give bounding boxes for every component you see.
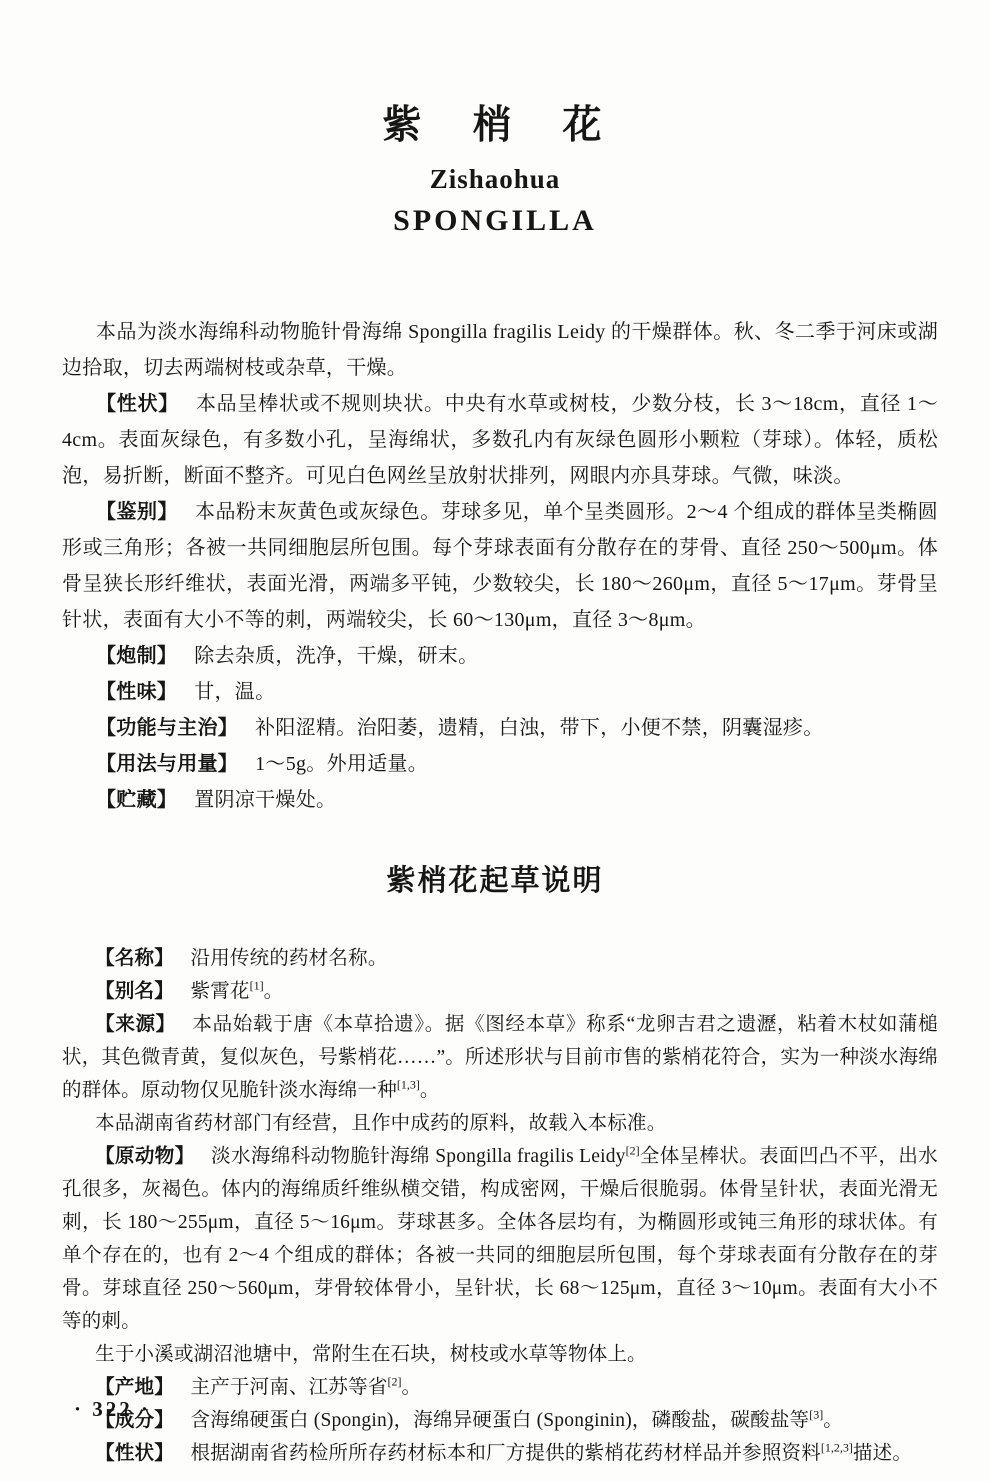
- section-label: 【别名】: [95, 981, 174, 1002]
- reference-superscript: [2]: [388, 1375, 402, 1389]
- draft-notes-body: 【名称】沿用传统的药材名称。【别名】紫霄花[1]。【来源】本品始载于唐《本草拾遗…: [0, 942, 990, 1470]
- paragraph: 本品为淡水海绵科动物脆针骨海绵 Spongilla fragilis Leidy…: [62, 314, 938, 386]
- labeled-paragraph: 【别名】紫霄花[1]。: [62, 975, 938, 1008]
- section-label: 【产地】: [95, 1377, 174, 1398]
- document-page: 紫 梢 花 Zishaohua SPONGILLA 本品为淡水海绵科动物脆针骨海…: [0, 0, 990, 1482]
- section-label: 【鉴别】: [96, 501, 178, 523]
- labeled-paragraph: 【产地】主产于河南、江苏等省[2]。: [62, 1371, 938, 1404]
- reference-superscript: [1]: [250, 979, 264, 993]
- section-label: 【来源】: [95, 1014, 176, 1035]
- labeled-paragraph: 【鉴别】本品粉末灰黄色或灰绿色。芽球多见，单个呈类圆形。2～4 个组成的群体呈类…: [62, 494, 938, 638]
- section-label: 【炮制】: [96, 645, 177, 667]
- labeled-paragraph: 【性状】本品呈棒状或不规则块状。中央有水草或树枝，少数分枝，长 3～18cm，直…: [62, 386, 938, 494]
- draft-notes-title: 紫梢花起草说明: [0, 864, 990, 898]
- reference-superscript: [1,3]: [397, 1078, 420, 1092]
- section-label: 【性味】: [96, 681, 177, 703]
- labeled-paragraph: 【成分】含海绵硬蛋白 (Spongin)，海绵异硬蛋白 (Sponginin)，…: [62, 1404, 938, 1437]
- labeled-paragraph: 【名称】沿用传统的药材名称。: [62, 942, 938, 975]
- title-latin: SPONGILLA: [0, 204, 990, 238]
- labeled-paragraph: 【炮制】除去杂质，洗净，干燥，研末。: [62, 638, 938, 674]
- title-pinyin: Zishaohua: [0, 164, 990, 194]
- reference-superscript: [2]: [626, 1144, 640, 1158]
- section-label: 【功能与主治】: [96, 717, 238, 739]
- labeled-paragraph: 【来源】本品始载于唐《本草拾遗》。据《图经本草》称系“龙卵吉君之遗瀝，粘着木杖如…: [62, 1008, 938, 1107]
- reference-superscript: [3]: [809, 1408, 823, 1422]
- monograph-body: 本品为淡水海绵科动物脆针骨海绵 Spongilla fragilis Leidy…: [0, 314, 990, 818]
- section-label: 【名称】: [95, 948, 174, 969]
- page-number: · 322 ·: [74, 1397, 151, 1422]
- labeled-paragraph: 【用法与用量】1～5g。外用适量。: [62, 746, 938, 782]
- labeled-paragraph: 【性味】甘，温。: [62, 674, 938, 710]
- labeled-paragraph: 【贮藏】置阴凉干燥处。: [62, 782, 938, 818]
- reference-superscript: [1,2,3]: [821, 1441, 853, 1455]
- monograph-header: 紫 梢 花 Zishaohua SPONGILLA: [0, 0, 990, 238]
- labeled-paragraph: 【性状】根据湖南省药检所所存药材标本和厂方提供的紫梢花药材样品并参照资料[1,2…: [62, 1437, 938, 1470]
- labeled-paragraph: 【功能与主治】补阳涩精。治阳萎，遗精，白浊，带下，小便不禁，阴囊湿疹。: [62, 710, 938, 746]
- section-label: 【原动物】: [95, 1146, 194, 1167]
- paragraph: 本品湖南省药材部门有经营，且作中成药的原料，故载入本标准。: [62, 1107, 938, 1140]
- section-label: 【性状】: [96, 393, 179, 415]
- section-label: 【用法与用量】: [96, 753, 238, 775]
- paragraph: 生于小溪或湖沼池塘中，常附生在石块，树枝或水草等物体上。: [62, 1338, 938, 1371]
- labeled-paragraph: 【原动物】淡水海绵科动物脆针海绵 Spongilla fragilis Leid…: [62, 1140, 938, 1338]
- section-label: 【贮藏】: [96, 789, 177, 811]
- section-label: 【性状】: [95, 1443, 174, 1464]
- title-chinese: 紫 梢 花: [0, 104, 990, 148]
